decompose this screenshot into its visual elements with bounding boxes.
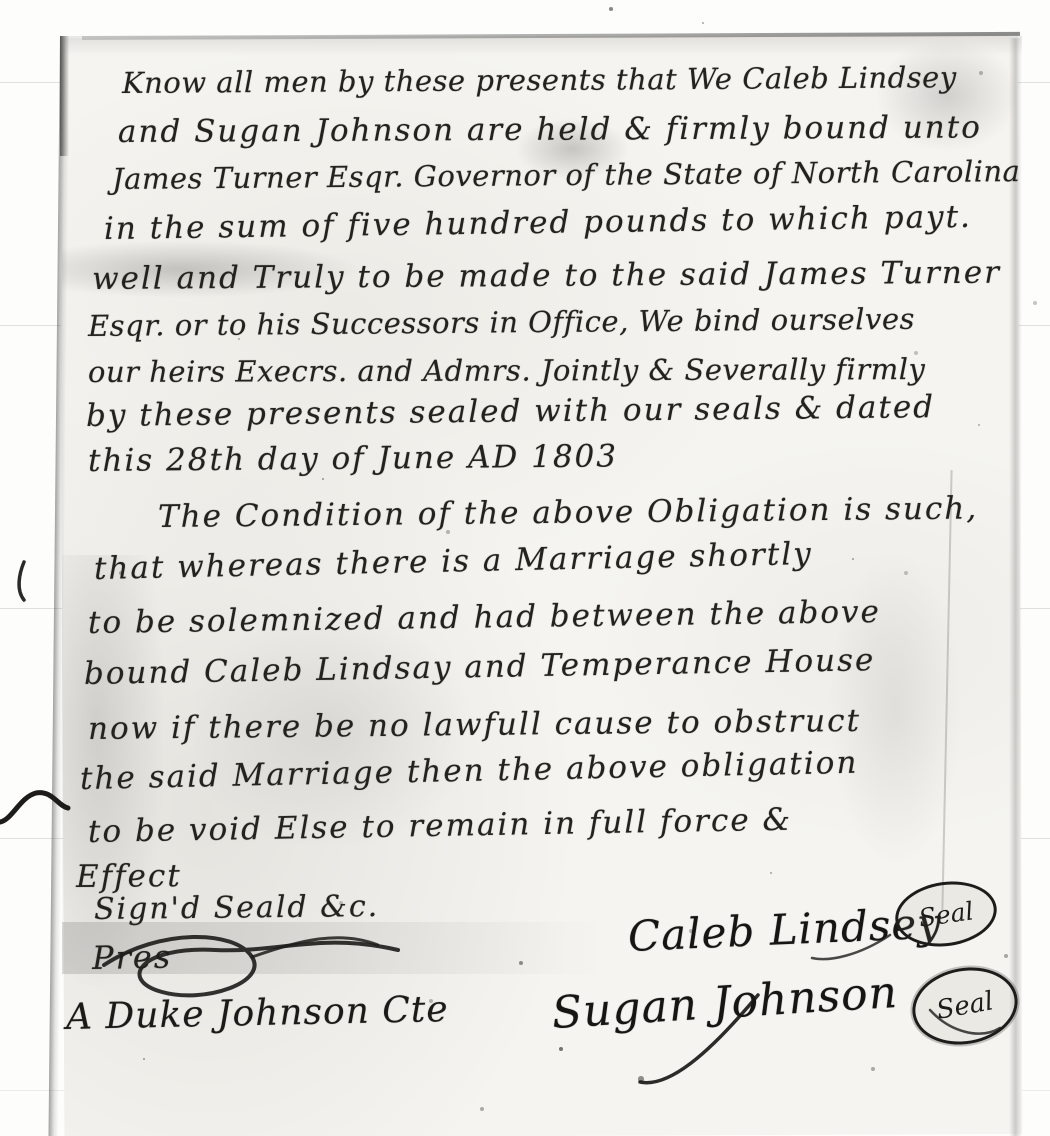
- ink-speckles: [0, 0, 2, 2]
- signed-sealed-note: Sign'd Seald &c.: [94, 889, 380, 927]
- witness-signature: A Duke Johnson Cte: [66, 989, 449, 1038]
- document-line-9-date: this 28th day of June AD 1803: [88, 438, 618, 479]
- document-line-5: well and Truly to be made to the said Ja…: [92, 255, 1001, 297]
- document-line-17: Effect: [76, 858, 182, 895]
- seal-label: Seal: [917, 896, 975, 932]
- presence-note: Pres: [92, 938, 173, 977]
- document-line-6: Esqr. or to his Successors in Office, We…: [88, 302, 915, 343]
- paper-left-edge-shadow: [60, 36, 69, 156]
- document-line-7: our heirs Execrs. and Admrs. Jointly & S…: [88, 352, 925, 389]
- scanned-document: Know all men by these presents that We C…: [0, 0, 1050, 1136]
- document-line-2: and Sugan Johnson are held & firmly boun…: [118, 109, 982, 150]
- seal-label: Seal: [934, 986, 995, 1025]
- paper-right-edge: [1009, 38, 1022, 1136]
- document-line-1: Know all men by these presents that We C…: [122, 60, 957, 100]
